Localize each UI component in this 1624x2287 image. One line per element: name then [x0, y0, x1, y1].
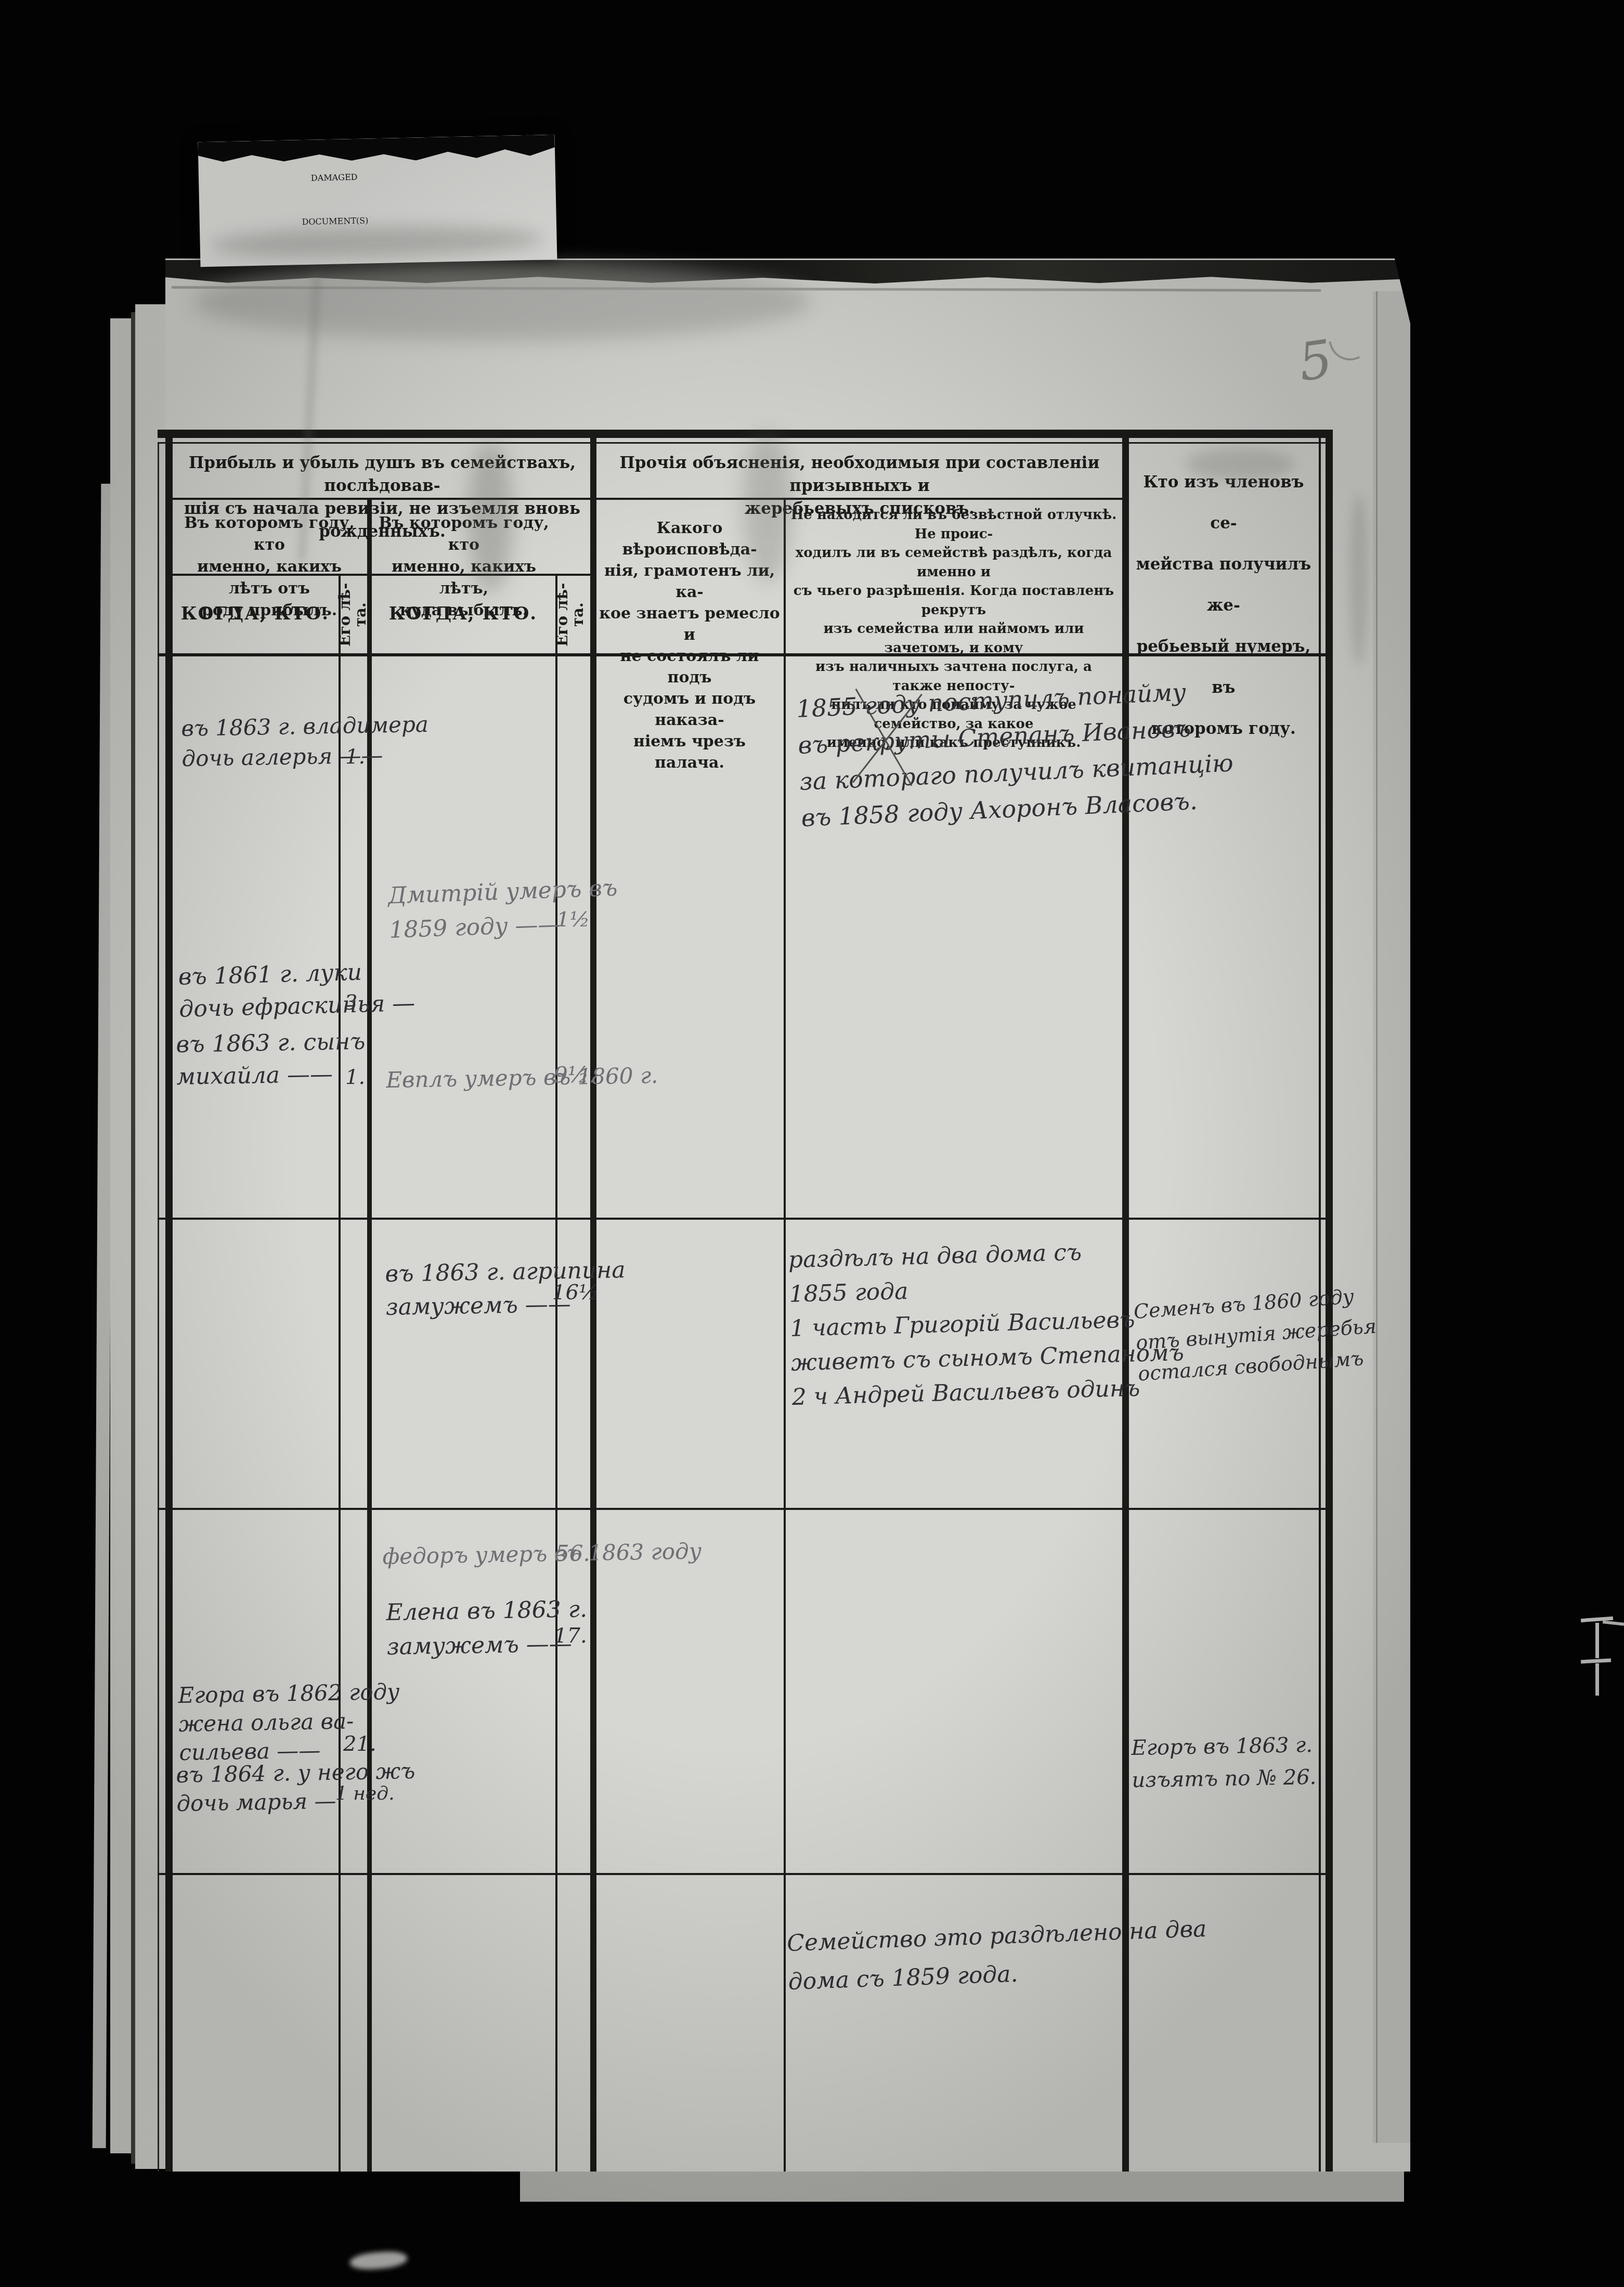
- bottom-paper-scrap: [349, 2250, 408, 2271]
- label-wash: [210, 223, 543, 261]
- divider-a-age: [339, 574, 341, 2172]
- edge-mark-2: [1595, 1623, 1599, 1658]
- ink-smudge-header-mid: [743, 432, 792, 583]
- entry-arrived-1863-son-mikhail-age: 1.: [345, 1065, 365, 1089]
- entry-departed-fedor-age: 56.: [555, 1541, 590, 1566]
- ghost-text-right-margin: [1350, 494, 1368, 666]
- right-page-crease: [1376, 291, 1378, 2143]
- header-his-age-arrived: Его лѣ- та.: [337, 578, 368, 651]
- page-fold-strip: [135, 304, 166, 2169]
- entry-arrived-1863-son-mikhail: въ 1863 г. сынъ михайла ——: [176, 1026, 366, 1093]
- edge-mark-4: [1581, 1658, 1611, 1663]
- border-left-thick: [165, 431, 173, 2172]
- entry-departed-evpl: Евплъ умеръ въ 1860 г.: [386, 1063, 658, 1093]
- rule-row2: [158, 1508, 1333, 1510]
- gray-wash: [192, 263, 811, 341]
- note-semyon-free-lot: Семенъ въ 1860 году отъ вынутія жеребья …: [1133, 1280, 1380, 1390]
- page-edge-crease: [131, 312, 135, 2164]
- ink-smudge-header-left: [468, 442, 512, 593]
- header-when-who-departed: КОГДА, КТО.: [373, 603, 553, 624]
- entry-arrived-1861-luka-daughter-age: 3.: [344, 991, 364, 1015]
- edge-mark-3: [1603, 1620, 1624, 1626]
- divider-c-age: [555, 574, 557, 2172]
- note-household-split-1855: раздѣлъ на два дома съ 1855 года 1 часть…: [788, 1233, 1185, 1415]
- damaged-label-line1: DAMAGED: [199, 170, 470, 185]
- header-when-who-arrived: КОГДА, КТО.: [176, 603, 334, 624]
- page-edge-strip: [110, 318, 131, 2153]
- entry-departed-evpl-age: 9½.: [554, 1062, 596, 1088]
- right-page-edge: [1373, 291, 1410, 2143]
- border-top-thick: [158, 430, 1333, 438]
- scanned-archive-photo: DAMAGED DOCUMENT(S) 5 Прибыль и убыль ду…: [0, 0, 1624, 2287]
- damaged-label: DAMAGED DOCUMENT(S): [198, 135, 557, 267]
- ghost-text-lot-header: [1186, 448, 1295, 480]
- note-egor-lot-26: Егоръ въ 1863 г. изъятъ по № 26.: [1131, 1729, 1317, 1797]
- entry-arrived-daughter-marya-age: 1 нед.: [335, 1783, 395, 1804]
- header-his-age-departed: Его лѣ- та.: [554, 578, 588, 651]
- entry-arrived-1861-luka-daughter: въ 1861 г. луки дочь ефраскинья —: [178, 955, 415, 1026]
- entry-departed-dmitry-age: 1½: [556, 908, 590, 932]
- label-torn-strip: [198, 135, 555, 165]
- bottom-page-band: [520, 2172, 1404, 2202]
- entry-arrived-1863-daughter-age: 1.: [345, 745, 365, 769]
- border-top-thin: [158, 442, 1333, 444]
- entry-departed-agripina-age: 16½: [552, 1281, 599, 1304]
- rule-row3: [158, 1873, 1333, 1875]
- entry-arrived-1863-daughter: въ 1863 г. владимера дочь аглерья ——: [181, 709, 429, 774]
- note-family-split-1859: Семейство это раздѣлено на два дома съ 1…: [786, 1910, 1209, 2001]
- entry-arrived-egor-wife-olga-age: 21.: [343, 1732, 376, 1756]
- entry-departed-elena-age: 17.: [554, 1624, 587, 1648]
- divider-faith-absence: [784, 498, 786, 2172]
- edge-mark-5: [1595, 1663, 1599, 1696]
- note-recruit-1855: 1855 году поступилъ понайму въ рекруты С…: [796, 672, 1236, 836]
- rule-row1: [158, 1218, 1333, 1220]
- border-left-thin: [158, 442, 159, 2172]
